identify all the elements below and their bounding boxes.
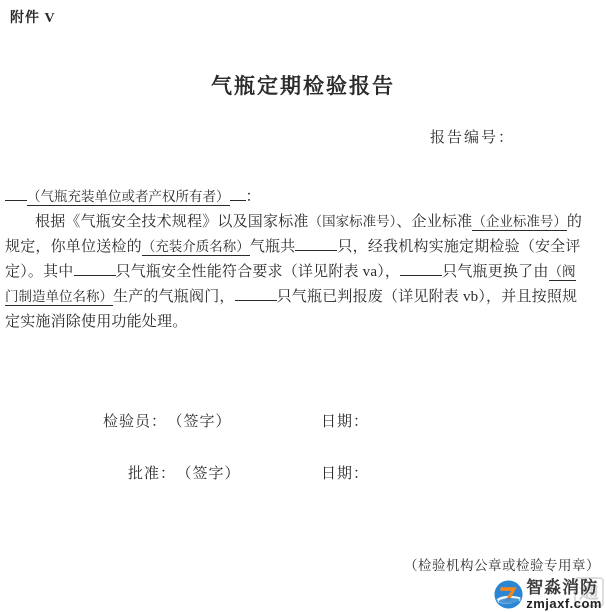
paragraph-text: 生产的气瓶阀门， <box>113 289 235 305</box>
blank-underline <box>295 234 337 251</box>
paragraph-text: 只气瓶安全性能符合要求（详见附表 va）， <box>116 264 401 280</box>
blank-underline <box>230 184 246 201</box>
approver-label: 批准： <box>128 466 176 482</box>
page-title: 气瓶定期检验报告 <box>0 70 606 100</box>
inspector-sign-placeholder: （签字） <box>175 414 232 430</box>
paragraph: （气瓶充装单位或者产权所有者）：根据《气瓶安全技术规程》以及国家标准（国家标准号… <box>5 184 604 334</box>
paragraph-text: 定实施消除使用功能处理。 <box>5 314 187 330</box>
paragraph-text: ： <box>246 189 261 205</box>
inspector-label: 检验员： <box>103 414 167 430</box>
paragraph-text: （企业标准号） <box>472 214 567 231</box>
inspector-date-label: 日期： <box>321 410 369 431</box>
paragraph-text: 门制造单位名称） <box>5 289 113 306</box>
seal-note: （检验机构公章或检验专用章） <box>404 554 600 574</box>
approver-signature-row: 批准：（签字） <box>128 462 241 483</box>
blank-underline <box>235 284 277 301</box>
attachment-label: 附件 V <box>10 7 56 27</box>
report-number-label: 报告编号： <box>430 126 515 147</box>
approver-sign-placeholder: （签字） <box>184 466 241 482</box>
paragraph-text: 定）。其中 <box>5 264 74 280</box>
paragraph-text: （气瓶充装单位或者产权所有者） <box>27 189 230 206</box>
blank-underline <box>74 259 116 276</box>
brand-text-block: 智淼消防 zmjaxf.com <box>526 579 602 610</box>
paragraph-text: 根据《气瓶安全技术规程》以及国家标准 <box>35 214 309 230</box>
blank-underline <box>5 184 27 201</box>
brand-name: 智淼消防 <box>526 579 602 596</box>
paragraph-text: 只气瓶已判报废（详见附表 vb），并且按照规 <box>277 289 578 305</box>
brand-domain: zmjaxf.com <box>526 597 602 610</box>
brand-circle-icon <box>494 580 523 609</box>
paragraph-text: 只，经我机构实施定期检验（安全评 <box>337 239 580 255</box>
paragraph-text: 、企业标准 <box>396 214 472 230</box>
inspector-signature-row: 检验员：（签字） <box>103 410 232 431</box>
paragraph-text: 规定，你单位送检的 <box>5 239 142 255</box>
paragraph-text: （阀 <box>549 264 576 281</box>
blank-underline <box>400 259 442 276</box>
paragraph-text: 气瓶共 <box>250 239 296 255</box>
paragraph-text: （充装介质名称） <box>142 239 250 256</box>
paragraph-text: 的 <box>567 214 582 230</box>
paragraph-text: 只气瓶更换了由 <box>442 264 548 280</box>
site-watermark-logo: 智淼消防 zmjaxf.com <box>494 579 602 610</box>
document-page: 附件 V 气瓶定期检验报告 报告编号： （气瓶充装单位或者产权所有者）：根据《气… <box>0 0 606 612</box>
paragraph-text: （国家标准号） <box>309 214 397 229</box>
approver-date-label: 日期： <box>321 462 369 483</box>
